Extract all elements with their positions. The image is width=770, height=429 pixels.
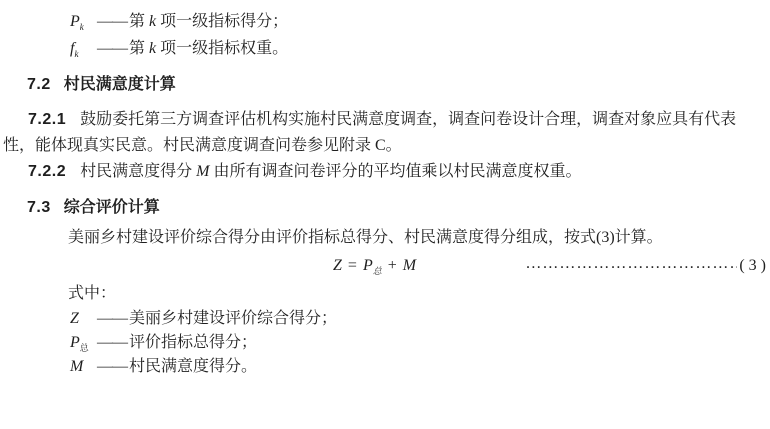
subscript: k — [74, 49, 78, 59]
variable-p-total: P总 — [70, 331, 97, 355]
em-dash: —— — [97, 358, 127, 375]
definition-text: 第 k 项一级指标权重。 — [129, 40, 288, 57]
clause-text-line1: 鼓励委托第三方调查评估机构实施村民满意度调查，调查问卷设计合理，调查对象应具有代… — [80, 111, 736, 128]
variable-m: M — [403, 257, 416, 274]
paragraph-7-3-intro: 美丽乡村建设评价综合得分由评价指标总得分、村民满意度得分组成，按式(3)计算。 — [68, 229, 770, 247]
equation-leader-dots: ……………………………………………… — [525, 253, 737, 275]
section-title: 综合评价计算 — [64, 199, 160, 216]
clause-7-2-2: 7.2.2村民满意度得分 M 由所有调查问卷评分的平均值乘以村民满意度权重。 — [3, 159, 770, 185]
variable-fk: fk — [70, 35, 97, 62]
definition-text: 评价指标总得分； — [129, 334, 257, 351]
clause-7-2-1-continuation: 性，能体现真实民意。村民满意度调查问卷参见附录 C。 — [3, 133, 770, 159]
subscript: k — [80, 22, 84, 32]
plus-sign: + — [388, 257, 397, 274]
section-heading-7-3: 7.3综合评价计算 — [27, 199, 770, 217]
formula-expression: Z=P总+M — [333, 255, 416, 277]
variable-pk: Pk — [70, 8, 97, 35]
symbol-definition-list-bottom: Z——美丽乡村建设评价综合得分； P总——评价指标总得分； M——村民满意度得分… — [70, 307, 770, 379]
clause-text: 村民满意度得分 M 由所有调查问卷评分的平均值乘以村民满意度权重。 — [80, 163, 581, 180]
clause-text-line2: 性，能体现真实民意。村民满意度调查问卷参见附录 C。 — [3, 137, 402, 154]
clause-number: 7.2.2 — [28, 163, 66, 180]
variable-m: M — [70, 355, 97, 379]
symbol-definition-line: P总——评价指标总得分； — [70, 331, 770, 355]
section-number: 7.3 — [27, 199, 51, 216]
where-label: 式中： — [68, 285, 770, 303]
em-dash: —— — [97, 40, 127, 57]
definition-text: 村民满意度得分。 — [129, 358, 257, 375]
subscript-total: 总 — [80, 343, 89, 353]
standard-document-page: Pk——第 k 项一级指标得分； fk——第 k 项一级指标权重。 7.2村民满… — [0, 0, 770, 429]
symbol-definition-list-top: Pk——第 k 项一级指标得分； fk——第 k 项一级指标权重。 — [70, 8, 770, 62]
definition-text: 第 k 项一级指标得分； — [129, 13, 288, 30]
variable-p-total: P总 — [363, 257, 382, 274]
clause-number: 7.2.1 — [28, 111, 66, 128]
symbol-definition-line: fk——第 k 项一级指标权重。 — [70, 35, 770, 62]
inline-variable-m: M — [196, 163, 209, 180]
section-heading-7-2: 7.2村民满意度计算 — [27, 76, 770, 94]
em-dash: —— — [97, 13, 127, 30]
variable-z: Z — [333, 257, 342, 274]
em-dash: —— — [97, 334, 127, 351]
equals-sign: = — [348, 257, 357, 274]
formula-row: Z=P总+M ……………………………………………… ( 3 ) — [0, 255, 770, 277]
definition-text: 美丽乡村建设评价综合得分； — [129, 310, 337, 327]
section-title: 村民满意度计算 — [64, 76, 176, 93]
variable-z: Z — [70, 307, 97, 331]
symbol-definition-line: Pk——第 k 项一级指标得分； — [70, 8, 770, 35]
clause-7-2-1: 7.2.1鼓励委托第三方调查评估机构实施村民满意度调查，调查问卷设计合理，调查对… — [3, 107, 770, 133]
symbol-definition-line: M——村民满意度得分。 — [70, 355, 770, 379]
section-number: 7.2 — [27, 76, 51, 93]
subscript-total: 总 — [373, 266, 382, 276]
em-dash: —— — [97, 310, 127, 327]
symbol-definition-line: Z——美丽乡村建设评价综合得分； — [70, 307, 770, 331]
equation-number: ( 3 ) — [739, 255, 766, 277]
